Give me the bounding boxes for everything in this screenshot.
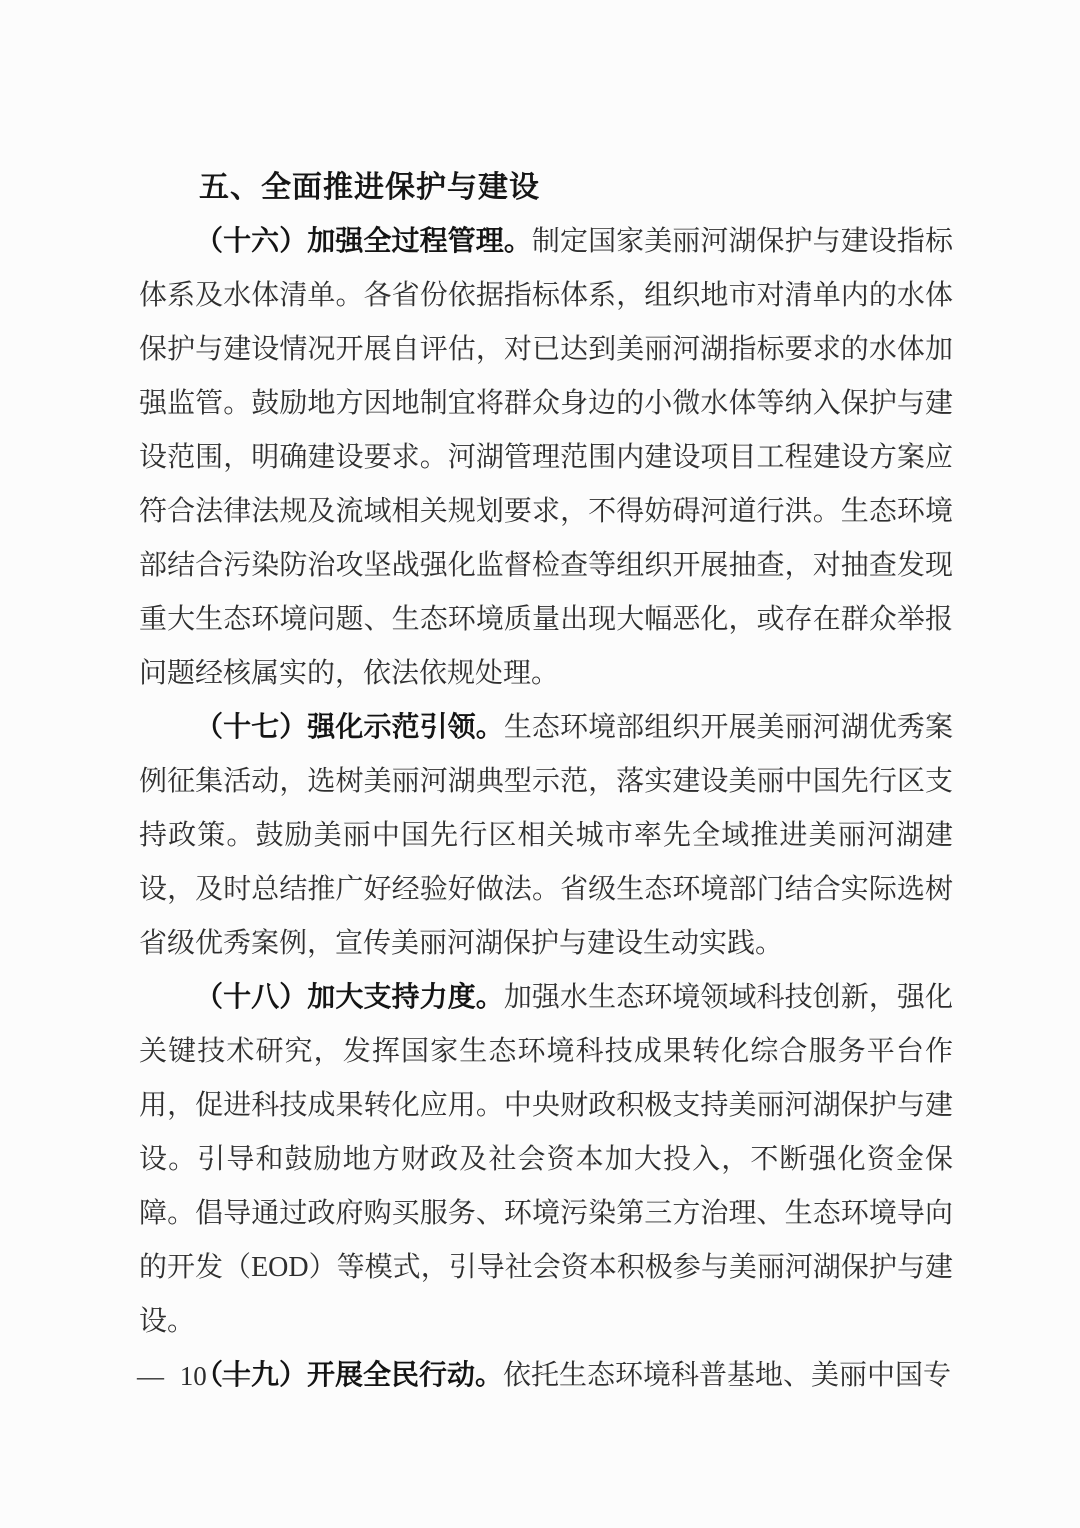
paragraph: （十八）加大支持力度。加强水生态环境领域科技创新，强化关键技术研究，发挥国家生态… (139, 971, 953, 1349)
paragraph-body: 依托生态环境科普基地、美丽中国专 (503, 1360, 951, 1391)
paragraph: （十七）强化示范引领。生态环境部组织开展美丽河湖优秀案例征集活动，选树美丽河湖典… (139, 701, 953, 971)
paragraph-body: 加强水生态环境领域科技创新，强化关键技术研究，发挥国家生态环境科技成果转化综合服… (139, 982, 953, 1337)
page-content: 五、全面推进保护与建设 （十六）加强全过程管理。制定国家美丽河湖保护与建设指标体… (139, 161, 953, 1403)
paragraph-lead: （十八）加大支持力度。 (195, 982, 504, 1013)
page-number: — 10 — (137, 1349, 250, 1403)
paragraph: （十九）开展全民行动。依托生态环境科普基地、美丽中国专 (139, 1349, 953, 1403)
section-heading: 五、全面推进保护与建设 (139, 161, 953, 215)
document-page: 五、全面推进保护与建设 （十六）加强全过程管理。制定国家美丽河湖保护与建设指标体… (0, 0, 1080, 1528)
paragraph-lead: （十六）加强全过程管理。 (195, 226, 532, 257)
paragraph-lead: （十七）强化示范引领。 (195, 712, 504, 743)
paragraph-body: 生态环境部组织开展美丽河湖优秀案例征集活动，选树美丽河湖典型示范，落实建设美丽中… (139, 712, 953, 959)
paragraph-body: 制定国家美丽河湖保护与建设指标体系及水体清单。各省份依据指标体系，组织地市对清单… (139, 226, 953, 689)
paragraph: （十六）加强全过程管理。制定国家美丽河湖保护与建设指标体系及水体清单。各省份依据… (139, 215, 953, 701)
